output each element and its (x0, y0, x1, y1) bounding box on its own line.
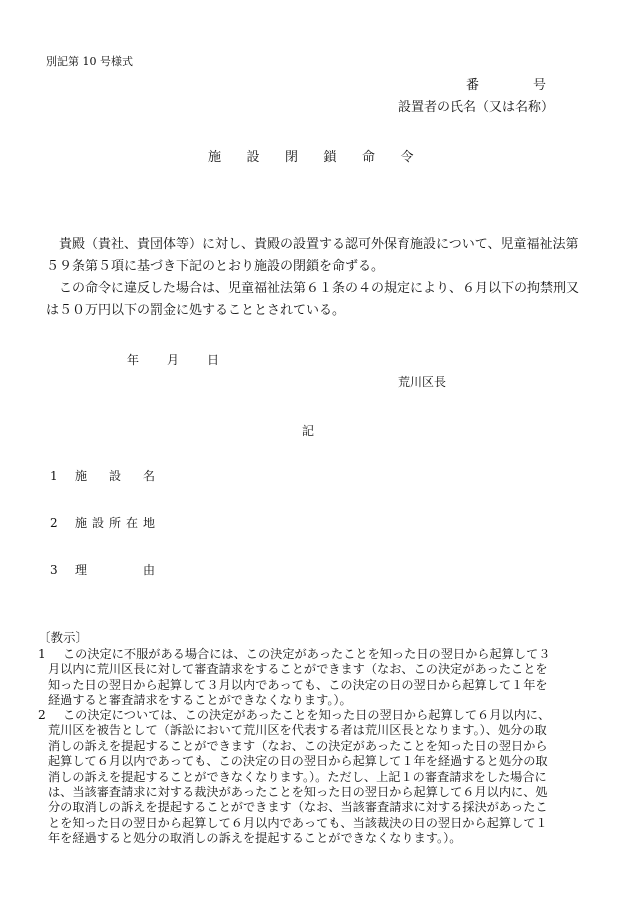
notice-item-text: この決定については、この決定があったことを知った日の翌日から起算して６月以内に、… (48, 708, 558, 847)
issuer-name: 荒川区長 (398, 373, 446, 390)
title-char: 鎖 (324, 146, 363, 165)
date-day: 日 (207, 351, 247, 368)
ki-heading: 記 (302, 422, 314, 439)
title-char: 閉 (285, 146, 324, 165)
order-paragraph: 貴殿（貴社、貴団体等）に対し、貴殿の設置する認可外保育施設について、児童福祉法第… (46, 234, 586, 278)
notice-item-number: 2 (38, 708, 46, 723)
notice-heading: 〔教示〕 (38, 628, 88, 646)
issue-date: 年月日 (127, 351, 247, 368)
title-char: 設 (247, 146, 286, 165)
item-number: 3 (50, 563, 75, 577)
item-number: 2 (50, 516, 75, 530)
title-char: 施 (208, 146, 247, 165)
form-number: 別記第 10 号様式 (46, 53, 133, 69)
item-label: 施設所在地 (75, 514, 155, 531)
item-number: 1 (50, 469, 75, 483)
number-label-left: 番 (466, 78, 479, 93)
number-label-right: 号 (533, 78, 546, 93)
item-facility-address: 2施設所在地 (50, 514, 155, 531)
penalty-paragraph: この命令に違反した場合は、児童福祉法第６１条の４の規定により、６月以下の拘禁刑又… (46, 278, 586, 322)
date-year: 年 (127, 351, 167, 368)
notice-item: 2 この決定については、この決定があったことを知った日の翌日から起算して６月以内… (38, 708, 558, 847)
title-char: 令 (401, 146, 440, 165)
document-number-label: 番号 (466, 74, 546, 93)
item-label: 施設名 (75, 467, 155, 484)
document-title: 施設閉鎖命令 (208, 146, 439, 165)
date-month: 月 (167, 351, 207, 368)
applicant-name-label: 設置者の氏名（又は名称） (398, 96, 554, 115)
item-label: 理由 (75, 561, 155, 578)
item-reason: 3理由 (50, 561, 155, 578)
notice-item-text: この決定に不服がある場合には、この決定があったことを知った日の翌日から起算して３… (48, 647, 558, 709)
item-facility-name: 1施設名 (50, 467, 155, 484)
title-char: 命 (362, 146, 401, 165)
notice-item: 1 この決定に不服がある場合には、この決定があったことを知った日の翌日から起算し… (38, 647, 558, 709)
notice-item-number: 1 (38, 647, 46, 662)
